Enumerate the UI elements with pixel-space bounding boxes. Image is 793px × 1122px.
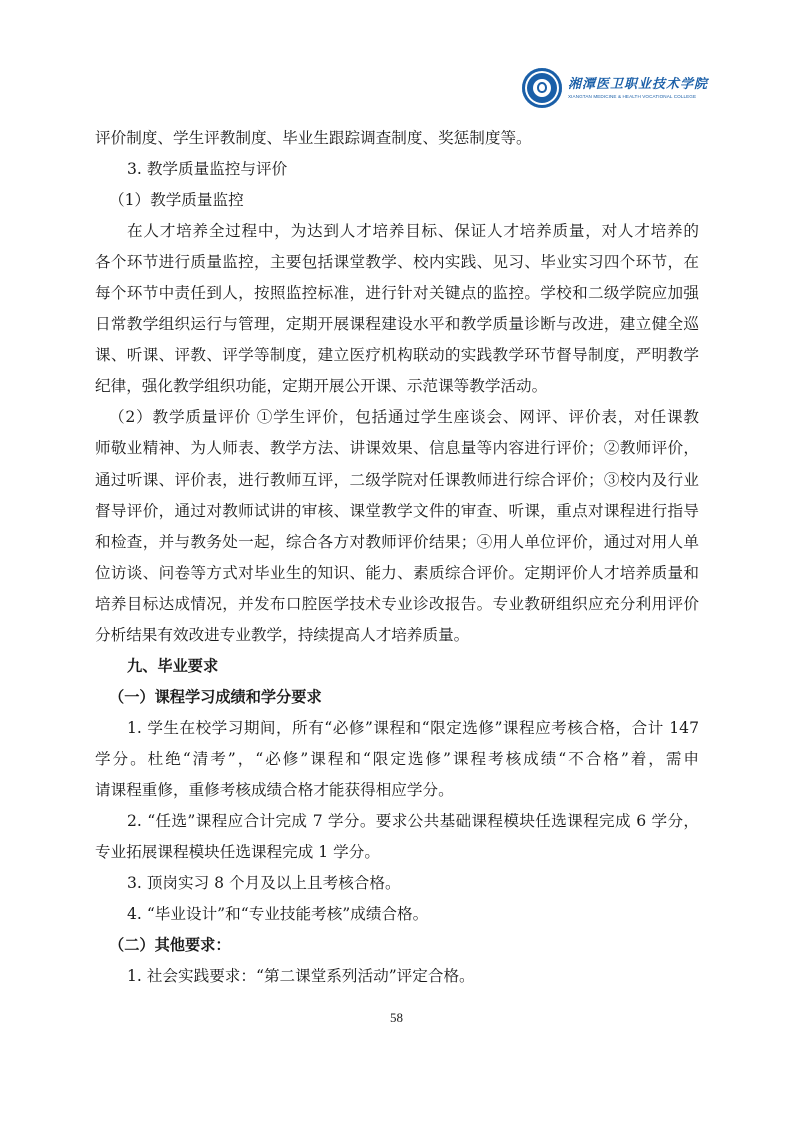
section-heading-course-credits: （一）课程学习成绩和学分要求 — [95, 682, 699, 713]
paragraph-line: 通过听课、评价表，进行教师互评，二级学院对任课教师进行综合评价；③校内及行业 — [95, 465, 699, 496]
paragraph-line: 纪律，强化教学组织功能，定期开展公开课、示范课等教学活动。 — [95, 371, 699, 402]
subsection-heading-2: （2）教学质量评价 ①学生评价，包括通过学生座谈会、网评、评价表，对任课教 — [95, 402, 699, 433]
requirement-item-4: 4. “毕业设计”和“专业技能考核”成绩合格。 — [95, 899, 699, 930]
requirement-item-1: 1. 学生在校学习期间，所有“必修”课程和“限定选修”课程应考核合格，合计 14… — [95, 713, 699, 744]
paragraph-line: 在人才培养全过程中，为达到人才培养目标、保证人才培养质量，对人才培养的 — [95, 216, 699, 247]
paragraph-line: 和检查，并与教务处一起，综合各方对教师评价结果；④用人单位评价，通过对用人单 — [95, 527, 699, 558]
section-heading-3: 3. 教学质量监控与评价 — [95, 154, 699, 185]
paragraph-line: 学分。杜绝“清考”，“必修”课程和“限定选修”课程考核成绩“不合格”着，需申 — [95, 744, 699, 775]
chapter-heading-graduation-requirements: 九、毕业要求 — [95, 651, 699, 682]
paragraph-line: 请课程重修，重修考核成绩合格才能获得相应学分。 — [95, 775, 699, 806]
page-number: 58 — [0, 1010, 793, 1026]
paragraph-line: 位访谈、问卷等方式对毕业生的知识、能力、素质综合评价。定期评价人才培养质量和 — [95, 558, 699, 589]
paragraph-line: 督导评价，通过对教师试讲的审核、课堂教学文件的审查、听课，重点对课程进行指导 — [95, 496, 699, 527]
logo-text: 湘潭医卫职业技术学院 XIANGTAN MEDICINE & HEALTH VO… — [568, 77, 708, 100]
paragraph-line: 师敬业精神、为人师表、教学方法、讲课效果、信息量等内容进行评价；②教师评价， — [95, 433, 699, 464]
paragraph-line: 分析结果有效改进专业教学，持续提高人才培养质量。 — [95, 620, 699, 651]
college-logo: 湘潭医卫职业技术学院 XIANGTAN MEDICINE & HEALTH VO… — [522, 68, 708, 108]
subsection-heading-1: （1）教学质量监控 — [95, 185, 699, 216]
requirement-item-3: 3. 顶岗实习 8 个月及以上且考核合格。 — [95, 868, 699, 899]
section-heading-other-requirements: （二）其他要求： — [95, 930, 699, 961]
college-emblem-icon — [522, 68, 562, 108]
paragraph-line: 专业拓展课程模块任选课程完成 1 学分。 — [95, 837, 699, 868]
logo-english-name: XIANGTAN MEDICINE & HEALTH VOCATIONAL CO… — [568, 93, 708, 100]
paragraph-line: 每个环节中责任到人，按照监控标准，进行针对关键点的监控。学校和二级学院应加强 — [95, 278, 699, 309]
document-body: 评价制度、学生评教制度、毕业生跟踪调查制度、奖惩制度等。 3. 教学质量监控与评… — [95, 123, 699, 992]
other-requirement-item-1: 1. 社会实践要求：“第二课堂系列活动”评定合格。 — [95, 961, 699, 992]
logo-chinese-name: 湘潭医卫职业技术学院 — [568, 77, 708, 93]
paragraph-line: 日常教学组织运行与管理，定期开展课程建设水平和教学质量诊断与改进，建立健全巡 — [95, 309, 699, 340]
paragraph-line: 各个环节进行质量监控，主要包括课堂教学、校内实践、见习、毕业实习四个环节，在 — [95, 247, 699, 278]
paragraph-line: 培养目标达成情况，并发布口腔医学技术专业诊改报告。专业教研组织应充分利用评价 — [95, 589, 699, 620]
paragraph-line: 评价制度、学生评教制度、毕业生跟踪调查制度、奖惩制度等。 — [95, 123, 699, 154]
requirement-item-2: 2. “任选”课程应合计完成 7 学分。要求公共基础课程模块任选课程完成 6 学… — [95, 806, 699, 837]
paragraph-line: 课、听课、评教、评学等制度，建立医疗机构联动的实践教学环节督导制度，严明教学 — [95, 340, 699, 371]
